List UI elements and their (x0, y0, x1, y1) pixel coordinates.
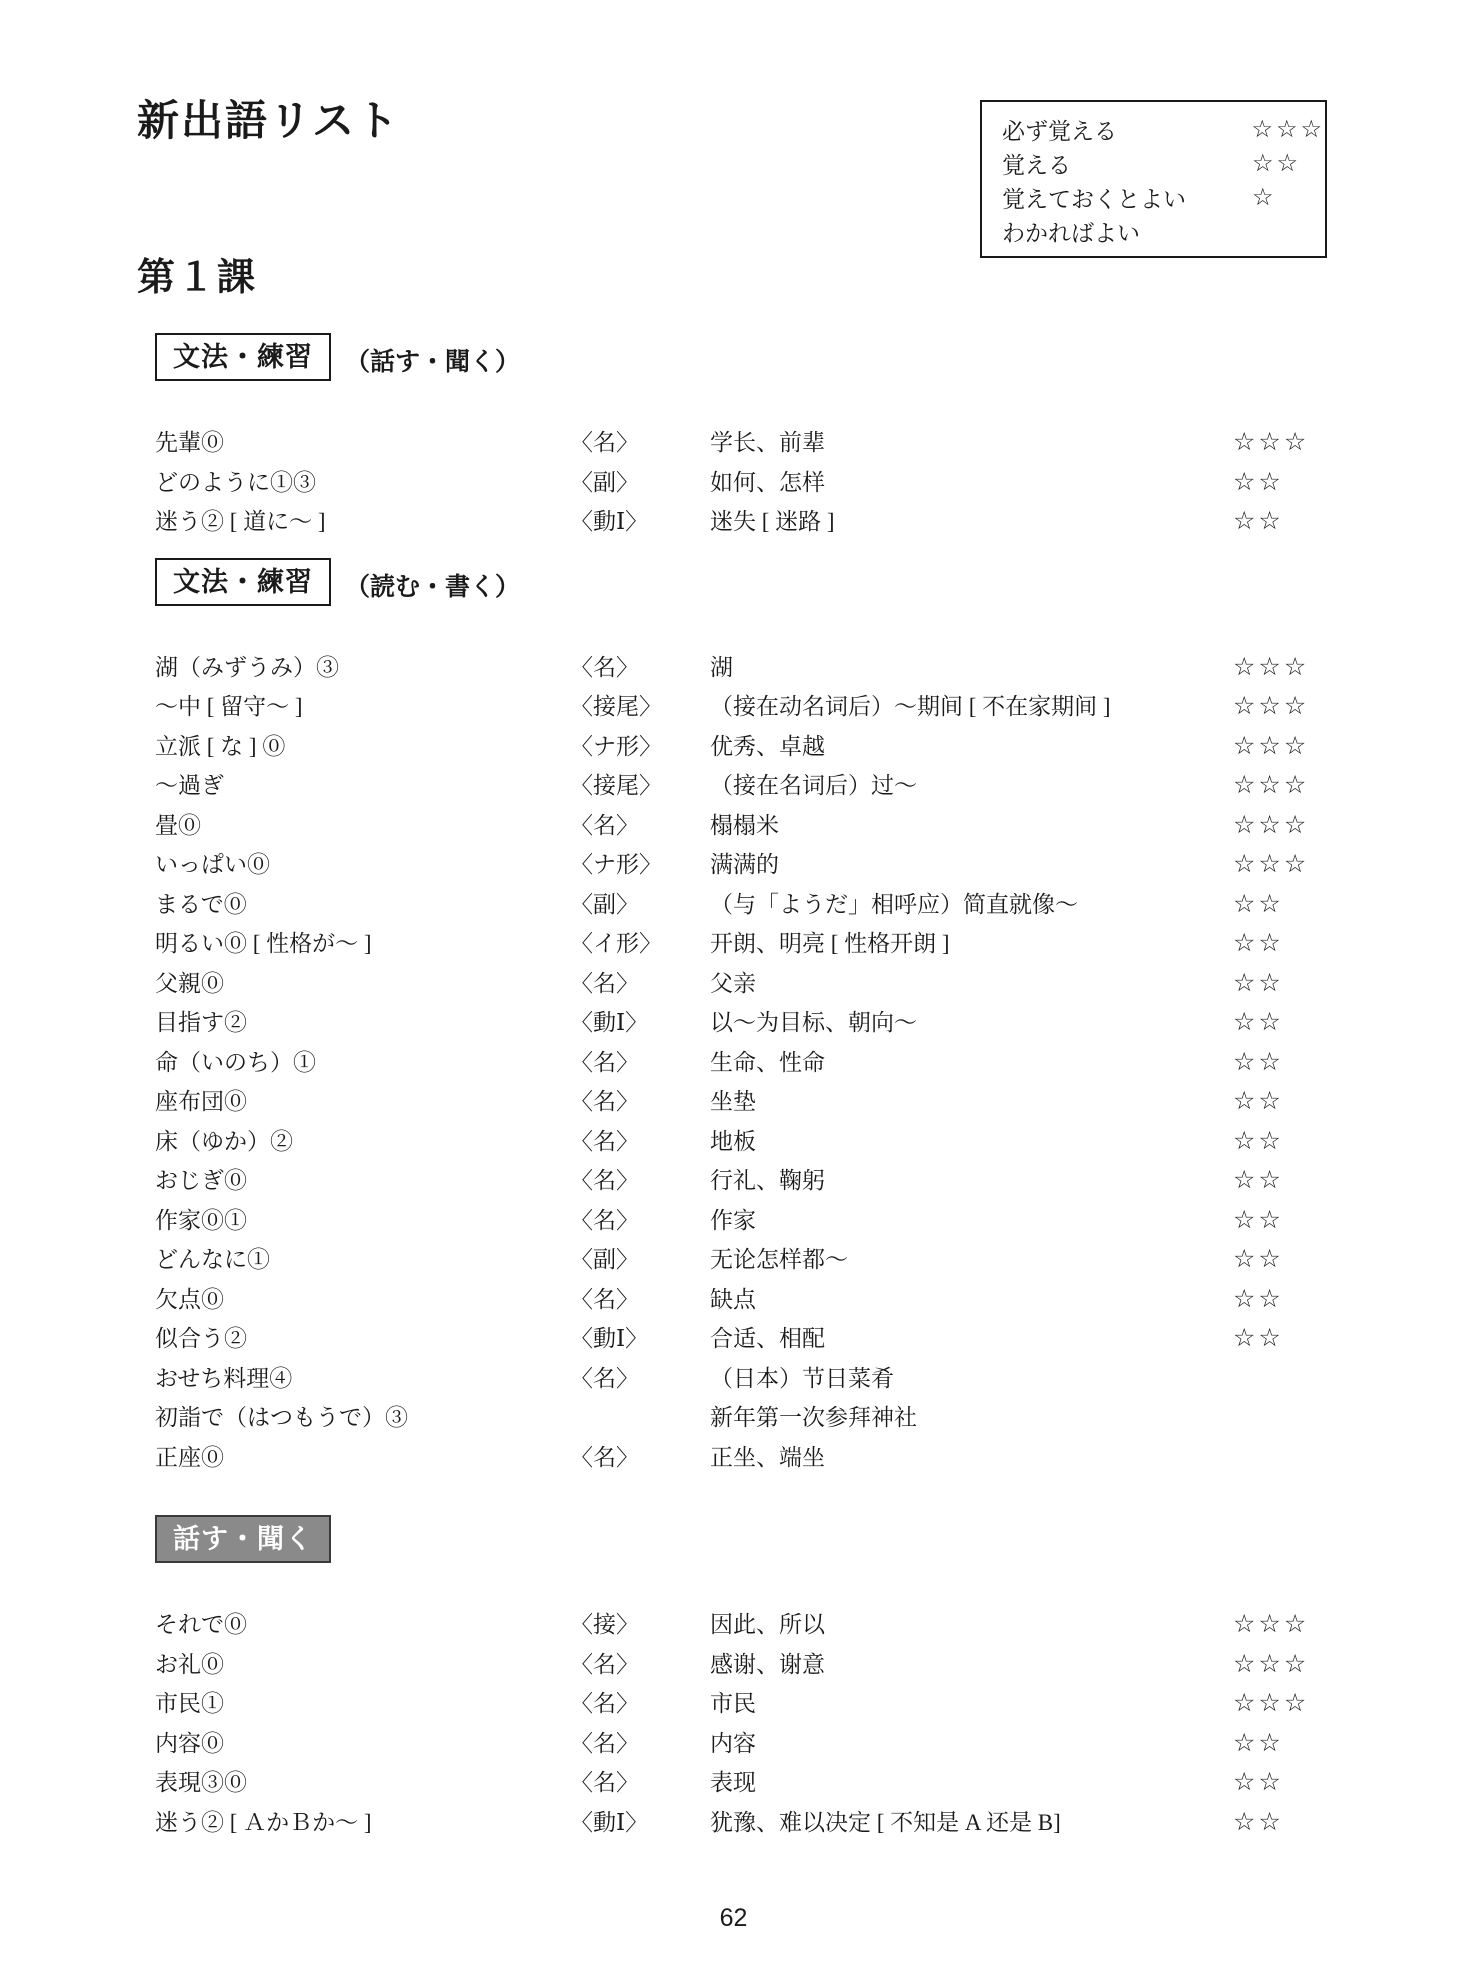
vocab-pos: 〈名〉 (570, 423, 639, 463)
star-rating-icon: ☆☆☆ (1233, 1605, 1309, 1645)
vocab-meaning: 作家 (710, 1201, 756, 1241)
vocab-meaning: 犹豫、难以决定 [ 不知是 A 还是 B] (710, 1803, 1061, 1843)
vocab-pos: 〈名〉 (570, 648, 639, 688)
star-rating-icon: ☆☆ (1233, 1161, 1284, 1201)
vocab-word: どんなに① (155, 1240, 270, 1280)
vocab-row: 表現③⓪ 〈名〉 表现 ☆☆ (155, 1763, 1435, 1803)
vocab-pos: 〈名〉 (570, 1043, 639, 1083)
vocab-meaning: 市民 (710, 1684, 756, 1724)
vocab-word: 命（いのち）① (155, 1043, 316, 1083)
document-page: 新出語リスト 必ず覚える ☆☆☆ 覚える ☆☆ 覚えておくとよい ☆ わかればよ… (0, 0, 1467, 1974)
vocab-meaning: 正坐、端坐 (710, 1438, 825, 1478)
legend-label: わかればよい (1002, 215, 1252, 248)
vocab-word: 座布団⓪ (155, 1082, 247, 1122)
legend-item: 覚えておくとよい ☆ (1002, 180, 1325, 214)
vocab-meaning: 优秀、卓越 (710, 727, 825, 767)
vocab-row: 初詣で（はつもうで）③ 新年第一次参拜神社 (155, 1398, 1435, 1438)
vocab-rows: 先輩⓪ 〈名〉 学长、前辈 ☆☆☆ どのように①③ 〈副〉 如何、怎样 ☆☆ 迷… (155, 423, 1435, 542)
vocab-word: 立派 [ な ] ⓪ (155, 727, 285, 767)
star-rating-icon: ☆☆☆ (1233, 1684, 1309, 1724)
legend-item: 必ず覚える ☆☆☆ (1002, 112, 1325, 146)
vocab-meaning: 新年第一次参拜神社 (710, 1398, 917, 1438)
vocab-word: 内容⓪ (155, 1724, 224, 1764)
vocab-section: 文法・練習 （読む・書く） 湖（みずうみ）③ 〈名〉 湖 ☆☆☆ ～中 [ 留守… (155, 558, 1435, 1478)
vocab-meaning: 榻榻米 (710, 806, 779, 846)
section-heading: 文法・練習 （話す・聞く） (155, 333, 1435, 381)
vocab-row: 正座⓪ 〈名〉 正坐、端坐 (155, 1438, 1435, 1478)
vocab-row: 似合う② 〈動Ⅰ〉 合适、相配 ☆☆ (155, 1319, 1435, 1359)
vocab-word: いっぱい⓪ (155, 845, 270, 885)
star-rating-icon: ☆☆ (1252, 149, 1301, 178)
vocab-pos: 〈副〉 (570, 463, 639, 503)
vocab-word: 先輩⓪ (155, 423, 224, 463)
star-rating-icon: ☆☆☆ (1233, 806, 1309, 846)
vocab-word: 目指す② (155, 1003, 247, 1043)
vocab-meaning: 地板 (710, 1122, 756, 1162)
legend-item: わかればよい (1002, 214, 1325, 248)
vocab-word: 似合う② (155, 1319, 247, 1359)
vocab-pos: 〈名〉 (570, 964, 639, 1004)
vocab-meaning: （与「ようだ」相呼应）简直就像～ (710, 885, 1078, 925)
vocab-meaning: 合适、相配 (710, 1319, 825, 1359)
vocab-word: 初詣で（はつもうで）③ (155, 1398, 408, 1438)
vocab-pos: 〈動Ⅰ〉 (570, 1319, 648, 1359)
vocab-word: どのように①③ (155, 463, 316, 503)
vocab-row: 父親⓪ 〈名〉 父亲 ☆☆ (155, 964, 1435, 1004)
legend-rows: 必ず覚える ☆☆☆ 覚える ☆☆ 覚えておくとよい ☆ わかればよい (1002, 112, 1325, 248)
vocab-word: おじぎ⓪ (155, 1161, 247, 1201)
vocab-pos: 〈名〉 (570, 1122, 639, 1162)
legend-label: 覚える (1002, 147, 1252, 180)
vocab-row: 迷う② [ 道に～ ] 〈動Ⅰ〉 迷失 [ 迷路 ] ☆☆ (155, 502, 1435, 542)
vocab-word: それで⓪ (155, 1605, 247, 1645)
star-rating-icon: ☆☆ (1233, 1724, 1284, 1764)
section-heading-label: 文法・練習 (155, 558, 331, 606)
vocab-meaning: 行礼、鞠躬 (710, 1161, 825, 1201)
section-heading-suffix: （話す・聞く） (345, 348, 520, 376)
star-rating-icon: ☆☆☆ (1233, 687, 1309, 727)
vocab-row: 床（ゆか）② 〈名〉 地板 ☆☆ (155, 1122, 1435, 1162)
vocab-meaning: 感谢、谢意 (710, 1645, 825, 1685)
star-rating-icon: ☆☆ (1233, 1763, 1284, 1803)
star-rating-icon: ☆☆☆ (1251, 115, 1325, 144)
vocab-row: どのように①③ 〈副〉 如何、怎样 ☆☆ (155, 463, 1435, 503)
star-rating-icon: ☆☆☆ (1233, 727, 1309, 767)
page-number: 62 (0, 1904, 1467, 1933)
star-rating-icon: ☆☆ (1233, 1043, 1284, 1083)
vocab-pos: 〈ナ形〉 (570, 727, 662, 767)
vocab-row: おじぎ⓪ 〈名〉 行礼、鞠躬 ☆☆ (155, 1161, 1435, 1201)
vocab-pos: 〈イ形〉 (570, 924, 662, 964)
vocab-meaning: 如何、怎样 (710, 463, 825, 503)
vocab-row: 市民① 〈名〉 市民 ☆☆☆ (155, 1684, 1435, 1724)
vocab-pos: 〈名〉 (570, 1724, 639, 1764)
vocab-pos: 〈名〉 (570, 1359, 639, 1399)
vocab-meaning: （日本）节日菜肴 (710, 1359, 894, 1399)
star-rating-icon: ☆☆ (1233, 502, 1284, 542)
vocab-meaning: 坐垫 (710, 1082, 756, 1122)
vocab-meaning: 无论怎样都～ (710, 1240, 848, 1280)
vocab-row: お礼⓪ 〈名〉 感谢、谢意 ☆☆☆ (155, 1645, 1435, 1685)
vocab-pos: 〈動Ⅰ〉 (570, 1003, 648, 1043)
vocab-row: 畳⓪ 〈名〉 榻榻米 ☆☆☆ (155, 806, 1435, 846)
vocab-row: 座布団⓪ 〈名〉 坐垫 ☆☆ (155, 1082, 1435, 1122)
star-rating-icon: ☆☆☆ (1233, 648, 1309, 688)
vocab-row: 迷う② [ ＡかＢか～ ] 〈動Ⅰ〉 犹豫、难以决定 [ 不知是 A 还是 B]… (155, 1803, 1435, 1843)
star-rating-icon: ☆☆ (1233, 1003, 1284, 1043)
vocab-pos: 〈名〉 (570, 1280, 639, 1320)
vocab-pos: 〈名〉 (570, 806, 639, 846)
star-rating-icon: ☆☆ (1233, 1201, 1284, 1241)
vocab-row: どんなに① 〈副〉 无论怎样都～ ☆☆ (155, 1240, 1435, 1280)
vocab-word: おせち料理④ (155, 1359, 292, 1399)
vocab-word: まるで⓪ (155, 885, 247, 925)
vocab-word: 市民① (155, 1684, 224, 1724)
star-rating-icon: ☆☆ (1233, 1122, 1284, 1162)
vocab-pos: 〈名〉 (570, 1438, 639, 1478)
vocab-word: ～中 [ 留守～ ] (155, 687, 303, 727)
vocab-meaning: 生命、性命 (710, 1043, 825, 1083)
vocab-word: 表現③⓪ (155, 1763, 247, 1803)
vocab-section: 話す・聞く それで⓪ 〈接〉 因此、所以 ☆☆☆ お礼⓪ 〈名〉 感谢、谢意 ☆… (155, 1515, 1435, 1842)
vocab-pos: 〈名〉 (570, 1082, 639, 1122)
vocab-sections: 文法・練習 （話す・聞く） 先輩⓪ 〈名〉 学长、前辈 ☆☆☆ どのように①③ … (155, 333, 1435, 1842)
vocab-row: 目指す② 〈動Ⅰ〉 以～为目标、朝向～ ☆☆ (155, 1003, 1435, 1043)
vocab-rows: 湖（みずうみ）③ 〈名〉 湖 ☆☆☆ ～中 [ 留守～ ] 〈接尾〉 （接在动名… (155, 648, 1435, 1478)
star-rating-icon: ☆☆ (1233, 964, 1284, 1004)
vocab-row: 内容⓪ 〈名〉 内容 ☆☆ (155, 1724, 1435, 1764)
vocab-row: 湖（みずうみ）③ 〈名〉 湖 ☆☆☆ (155, 648, 1435, 688)
star-rating-icon: ☆☆☆ (1233, 1645, 1309, 1685)
vocab-row: おせち料理④ 〈名〉 （日本）节日菜肴 (155, 1359, 1435, 1399)
star-rating-icon: ☆☆ (1233, 1082, 1284, 1122)
vocab-meaning: 开朗、明亮 [ 性格开朗 ] (710, 924, 950, 964)
vocab-meaning: 内容 (710, 1724, 756, 1764)
vocab-meaning: 父亲 (710, 964, 756, 1004)
star-rating-icon: ☆☆ (1233, 1319, 1284, 1359)
star-rating-icon: ☆☆ (1233, 1803, 1284, 1843)
vocab-meaning: （接在名词后）过～ (710, 766, 917, 806)
legend-label: 覚えておくとよい (1002, 181, 1252, 214)
vocab-pos: 〈ナ形〉 (570, 845, 662, 885)
vocab-meaning: 以～为目标、朝向～ (710, 1003, 917, 1043)
section-heading: 話す・聞く (155, 1515, 1435, 1563)
section-heading-suffix: （読む・書く） (345, 573, 520, 601)
vocab-section: 文法・練習 （話す・聞く） 先輩⓪ 〈名〉 学长、前辈 ☆☆☆ どのように①③ … (155, 333, 1435, 542)
star-rating-icon: ☆☆☆ (1233, 845, 1309, 885)
star-rating-icon: ☆☆☆ (1233, 423, 1309, 463)
vocab-pos: 〈接尾〉 (570, 687, 662, 727)
vocab-word: 欠点⓪ (155, 1280, 224, 1320)
vocab-pos: 〈名〉 (570, 1763, 639, 1803)
star-rating-icon: ☆☆ (1233, 924, 1284, 964)
vocab-meaning: 迷失 [ 迷路 ] (710, 502, 835, 542)
legend-item: 覚える ☆☆ (1002, 146, 1325, 180)
vocab-row: まるで⓪ 〈副〉 （与「ようだ」相呼应）简直就像～ ☆☆ (155, 885, 1435, 925)
vocab-row: 立派 [ な ] ⓪ 〈ナ形〉 优秀、卓越 ☆☆☆ (155, 727, 1435, 767)
vocab-word: 迷う② [ 道に～ ] (155, 502, 326, 542)
vocab-pos: 〈名〉 (570, 1201, 639, 1241)
vocab-word: お礼⓪ (155, 1645, 224, 1685)
legend-label: 必ず覚える (1002, 113, 1251, 146)
vocab-row: ～中 [ 留守～ ] 〈接尾〉 （接在动名词后）～期间 [ 不在家期间 ] ☆☆… (155, 687, 1435, 727)
vocab-word: 正座⓪ (155, 1438, 224, 1478)
star-rating-icon: ☆☆ (1233, 885, 1284, 925)
legend-box: 必ず覚える ☆☆☆ 覚える ☆☆ 覚えておくとよい ☆ わかればよい (980, 100, 1327, 258)
page-title: 新出語リスト (137, 88, 400, 148)
vocab-pos: 〈接〉 (570, 1605, 639, 1645)
vocab-word: 湖（みずうみ）③ (155, 648, 339, 688)
vocab-meaning: 因此、所以 (710, 1605, 825, 1645)
vocab-pos: 〈名〉 (570, 1161, 639, 1201)
lesson-title: 第１課 (137, 246, 257, 301)
vocab-meaning: 表现 (710, 1763, 756, 1803)
vocab-row: それで⓪ 〈接〉 因此、所以 ☆☆☆ (155, 1605, 1435, 1645)
vocab-word: 父親⓪ (155, 964, 224, 1004)
star-rating-icon: ☆☆ (1233, 1280, 1284, 1320)
vocab-meaning: 缺点 (710, 1280, 756, 1320)
vocab-pos: 〈副〉 (570, 1240, 639, 1280)
section-heading-label: 文法・練習 (155, 333, 331, 381)
section-heading-label: 話す・聞く (155, 1515, 331, 1563)
vocab-row: 先輩⓪ 〈名〉 学长、前辈 ☆☆☆ (155, 423, 1435, 463)
vocab-row: 作家⓪① 〈名〉 作家 ☆☆ (155, 1201, 1435, 1241)
vocab-row: 欠点⓪ 〈名〉 缺点 ☆☆ (155, 1280, 1435, 1320)
vocab-pos: 〈副〉 (570, 885, 639, 925)
star-rating-icon: ☆☆☆ (1233, 766, 1309, 806)
vocab-row: ～過ぎ 〈接尾〉 （接在名词后）过～ ☆☆☆ (155, 766, 1435, 806)
vocab-pos: 〈名〉 (570, 1645, 639, 1685)
vocab-row: いっぱい⓪ 〈ナ形〉 满满的 ☆☆☆ (155, 845, 1435, 885)
vocab-pos: 〈接尾〉 (570, 766, 662, 806)
star-rating-icon: ☆☆ (1233, 463, 1284, 503)
vocab-meaning: 满满的 (710, 845, 779, 885)
vocab-word: 畳⓪ (155, 806, 201, 846)
vocab-meaning: 学长、前辈 (710, 423, 825, 463)
vocab-meaning: 湖 (710, 648, 733, 688)
vocab-meaning: （接在动名词后）～期间 [ 不在家期间 ] (710, 687, 1111, 727)
vocab-pos: 〈動Ⅰ〉 (570, 1803, 648, 1843)
star-rating-icon: ☆☆ (1233, 1240, 1284, 1280)
vocab-word: 作家⓪① (155, 1201, 247, 1241)
vocab-pos: 〈名〉 (570, 1684, 639, 1724)
vocab-row: 明るい⓪ [ 性格が～ ] 〈イ形〉 开朗、明亮 [ 性格开朗 ] ☆☆ (155, 924, 1435, 964)
vocab-rows: それで⓪ 〈接〉 因此、所以 ☆☆☆ お礼⓪ 〈名〉 感谢、谢意 ☆☆☆ 市民①… (155, 1605, 1435, 1842)
vocab-word: 明るい⓪ [ 性格が～ ] (155, 924, 372, 964)
vocab-word: ～過ぎ (155, 766, 224, 806)
section-heading: 文法・練習 （読む・書く） (155, 558, 1435, 606)
vocab-row: 命（いのち）① 〈名〉 生命、性命 ☆☆ (155, 1043, 1435, 1083)
star-rating-icon: ☆ (1252, 183, 1277, 212)
vocab-word: 迷う② [ ＡかＢか～ ] (155, 1803, 372, 1843)
vocab-pos: 〈動Ⅰ〉 (570, 502, 648, 542)
vocab-word: 床（ゆか）② (155, 1122, 293, 1162)
